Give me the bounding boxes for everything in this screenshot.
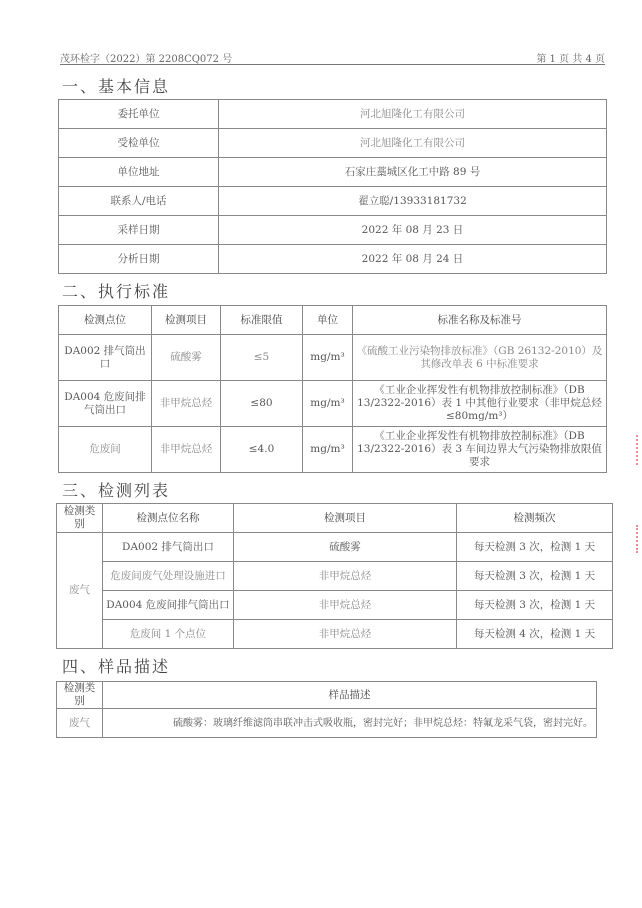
label-cell: 联系人/电话 [59, 187, 219, 216]
point-cell: 危废间废气处理设施进口 [103, 562, 234, 591]
point-cell: 危废间 [59, 427, 152, 473]
header-cell: 样品描述 [103, 682, 597, 709]
table-row: 废气 硫酸雾：玻璃纤维滤筒串联冲击式吸收瓶，密封完好；非甲烷总烃：特氟龙采气袋，… [57, 709, 597, 738]
table-row: 联系人/电话 翟立聪/13933181732 [59, 187, 607, 216]
limit-cell: ≤4.0 [221, 427, 303, 473]
category-cell: 废气 [57, 709, 103, 738]
section-title-sample-desc: 四、样品描述 [62, 654, 170, 677]
table-row: 分析日期 2022 年 08 月 24 日 [59, 245, 607, 274]
table-row: DA002 排气筒出口 硫酸雾 ≤5 mg/m³ 《硫酸工业污染物排放标准》（G… [59, 335, 607, 381]
table-row: 废气 DA002 排气筒出口 硫酸雾 每天检测 3 次，检测 1 天 [57, 533, 613, 562]
header-cell: 检测类别 [57, 682, 103, 709]
table-row: DA004 危废间排气筒出口 非甲烷总烃 ≤80 mg/m³ 《工业企业挥发性有… [59, 381, 607, 427]
value-cell: 河北旭隆化工有限公司 [219, 129, 607, 158]
limit-cell: ≤5 [221, 335, 303, 381]
freq-cell: 每天检测 3 次，检测 1 天 [457, 591, 613, 620]
item-cell: 硫酸雾 [152, 335, 221, 381]
item-cell: 非甲烷总烃 [234, 562, 457, 591]
table-row: 委托单位 河北旭隆化工有限公司 [59, 100, 607, 129]
header-cell: 检测项目 [234, 504, 457, 533]
standard-cell: 《工业企业挥发性有机物排放控制标准》（DB 13/2322-2016）表 1 中… [353, 381, 607, 427]
header-cell: 标准限值 [221, 306, 303, 335]
value-cell: 石家庄藁城区化工中路 89 号 [219, 158, 607, 187]
header-cell: 检测类别 [57, 504, 103, 533]
test-list-table: 检测类别 检测点位名称 检测项目 检测频次 废气 DA002 排气筒出口 硫酸雾… [56, 503, 613, 649]
value-cell: 河北旭隆化工有限公司 [219, 100, 607, 129]
point-cell: DA002 排气筒出口 [59, 335, 152, 381]
header-cell: 检测项目 [152, 306, 221, 335]
basic-info-table: 委托单位 河北旭隆化工有限公司 受检单位 河北旭隆化工有限公司 单位地址 石家庄… [58, 99, 607, 274]
table-row: DA004 危废间排气筒出口 非甲烷总烃 每天检测 3 次，检测 1 天 [57, 591, 613, 620]
label-cell: 委托单位 [59, 100, 219, 129]
value-cell: 2022 年 08 月 23 日 [219, 216, 607, 245]
page-info: 第 1 页 共 4 页 [536, 50, 605, 65]
unit-cell: mg/m³ [303, 381, 353, 427]
seal-stamp-fragment [636, 435, 642, 465]
table-header-row: 检测类别 样品描述 [57, 682, 597, 709]
freq-cell: 每天检测 4 次，检测 1 天 [457, 620, 613, 649]
header-cell: 单位 [303, 306, 353, 335]
table-header-row: 检测点位 检测项目 标准限值 单位 标准名称及标准号 [59, 306, 607, 335]
table-row: 单位地址 石家庄藁城区化工中路 89 号 [59, 158, 607, 187]
unit-cell: mg/m³ [303, 427, 353, 473]
header-cell: 标准名称及标准号 [353, 306, 607, 335]
sample-desc-table: 检测类别 样品描述 废气 硫酸雾：玻璃纤维滤筒串联冲击式吸收瓶，密封完好；非甲烷… [56, 681, 597, 738]
value-cell: 翟立聪/13933181732 [219, 187, 607, 216]
standard-cell: 《硫酸工业污染物排放标准》（GB 26132-2010）及其修改单表 6 中标准… [353, 335, 607, 381]
section-title-basic-info: 一、基本信息 [62, 74, 170, 97]
item-cell: 硫酸雾 [234, 533, 457, 562]
desc-cell: 硫酸雾：玻璃纤维滤筒串联冲击式吸收瓶，密封完好；非甲烷总烃：特氟龙采气袋，密封完… [103, 709, 597, 738]
standards-table: 检测点位 检测项目 标准限值 单位 标准名称及标准号 DA002 排气筒出口 硫… [58, 305, 607, 473]
standard-cell: 《工业企业挥发性有机物排放控制标准》（DB 13/2322-2016）表 3 车… [353, 427, 607, 473]
label-cell: 采样日期 [59, 216, 219, 245]
item-cell: 非甲烷总烃 [152, 427, 221, 473]
table-header-row: 检测类别 检测点位名称 检测项目 检测频次 [57, 504, 613, 533]
point-cell: DA004 危废间排气筒出口 [103, 591, 234, 620]
item-cell: 非甲烷总烃 [152, 381, 221, 427]
table-row: 危废间废气处理设施进口 非甲烷总烃 每天检测 3 次，检测 1 天 [57, 562, 613, 591]
label-cell: 分析日期 [59, 245, 219, 274]
doc-number: 茂环检字（2022）第 2208CQ072 号 [60, 50, 232, 65]
limit-cell: ≤80 [221, 381, 303, 427]
section-title-test-list: 三、检测列表 [62, 478, 170, 501]
freq-cell: 每天检测 3 次，检测 1 天 [457, 562, 613, 591]
item-cell: 非甲烷总烃 [234, 591, 457, 620]
value-cell: 2022 年 08 月 24 日 [219, 245, 607, 274]
category-cell: 废气 [57, 533, 103, 649]
seal-stamp-fragment [636, 525, 642, 553]
unit-cell: mg/m³ [303, 335, 353, 381]
point-cell: DA004 危废间排气筒出口 [59, 381, 152, 427]
header-cell: 检测点位名称 [103, 504, 234, 533]
point-cell: DA002 排气筒出口 [103, 533, 234, 562]
table-row: 危废间 1 个点位 非甲烷总烃 每天检测 4 次，检测 1 天 [57, 620, 613, 649]
table-row: 采样日期 2022 年 08 月 23 日 [59, 216, 607, 245]
table-row: 受检单位 河北旭隆化工有限公司 [59, 129, 607, 158]
section-title-standards: 二、执行标准 [62, 279, 170, 302]
label-cell: 受检单位 [59, 129, 219, 158]
page-header: 茂环检字（2022）第 2208CQ072 号 第 1 页 共 4 页 [60, 48, 605, 65]
point-cell: 危废间 1 个点位 [103, 620, 234, 649]
header-cell: 检测频次 [457, 504, 613, 533]
table-row: 危废间 非甲烷总烃 ≤4.0 mg/m³ 《工业企业挥发性有机物排放控制标准》（… [59, 427, 607, 473]
item-cell: 非甲烷总烃 [234, 620, 457, 649]
freq-cell: 每天检测 3 次，检测 1 天 [457, 533, 613, 562]
header-cell: 检测点位 [59, 306, 152, 335]
label-cell: 单位地址 [59, 158, 219, 187]
